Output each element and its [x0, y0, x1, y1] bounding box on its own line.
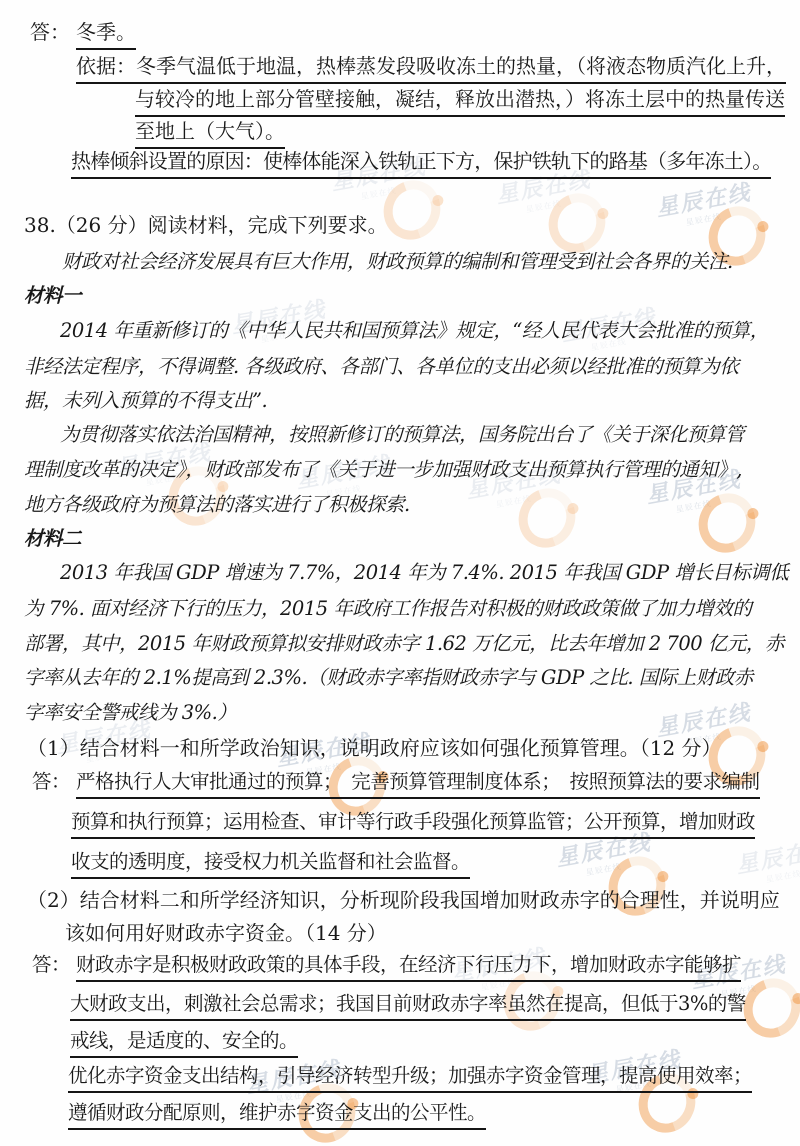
q1-answer-line-1: 答：严格执行人大审批通过的预算； 完善预算管理制度体系； 按照预算法的要求编制 [32, 770, 760, 794]
q2-answer-line-5: 遵循财政分配原则，维护赤字资金支出的公平性。 [68, 1101, 486, 1125]
material-1-line-1: 2014 年重新修订的《中华人民共和国预算法》规定，“经人民代表大会批准的预算， [60, 319, 769, 343]
material-2-line-3: 部署，其中，2015 年财政预算拟安排财政赤字 1.62 万亿元，比去年增加 2… [24, 632, 784, 656]
star-swirl-logo-icon [509, 479, 585, 557]
watermark-subtext: 星辰在线 [585, 845, 715, 878]
material-1-line-3: 据，未列入预算的不得支出”. [24, 389, 267, 413]
material-2-line-2: 为 7%. 面对经济下行的压力，2015 年政府工作报告对积极的财政政策做了加力… [24, 597, 751, 621]
question-38-heading: 38.（26 分）阅读材料，完成下列要求。 [24, 213, 388, 238]
exam-answer-page: 星辰在线星辰在线 星辰在线星辰在线 星辰在线星辰在线 星辰在线星辰在线 星辰在线… [0, 0, 800, 1146]
watermark-subtext: 星辰在线 [525, 182, 655, 215]
watermark-subtext: 星辰在线 [765, 852, 800, 885]
q2-answer-line-3: 戒线，是适度的、安全的。 [70, 1029, 298, 1053]
q1-answer-line-3: 收支的透明度，接受权力机关监督和社会监督。 [71, 850, 470, 874]
q2-answer-line-2: 大财政支出，刺激社会总需求；我国目前财政赤字率虽然在提高，但低于3%的警 [70, 992, 746, 1016]
material-1-line-6: 地方各级政府为预算法的落实进行了积极探索. [24, 493, 410, 517]
sub-question-2-line-1: （2）结合材料二和所学经济知识，分析现阶段我国增加财政赤字的合理性，并说明应 [27, 888, 780, 913]
material-2-title: 材料二 [24, 527, 81, 551]
watermark-unit: 星辰在线星辰在线 [495, 165, 655, 261]
watermark-unit: 星辰在线星辰在线 [560, 303, 720, 399]
question-38-intro: 财政对社会经济发展具有巨大作用，财政预算的编制和管理受到社会各界的关注. [62, 250, 733, 274]
material-2-line-5: 字率安全警戒线为 3%.） [24, 701, 236, 725]
q2-answer-line-1: 答：财政赤字是积极财政政策的具体手段，在经济下行压力下，增加财政赤字能够扩 [32, 953, 741, 977]
q2-answer-line-4: 优化赤字资金支出结构，引导经济转型升级；加强赤字资金管理，提高使用效率； [68, 1064, 752, 1088]
answer-label: 答： [32, 770, 76, 793]
material-1-line-5: 理制度改革的决定》，财政部发布了《关于进一步加强财政支出预算执行管理的通知》, [24, 458, 742, 482]
geo-basis-line-3: 至地上（大气）。 [135, 119, 285, 144]
answer-label: 答： [32, 953, 76, 976]
watermark-subtext: 星辰在线 [675, 482, 800, 515]
material-1-title: 材料一 [24, 284, 81, 308]
material-1-line-2: 非经法定程序，不得调整. 各级政府、各部门、各单位的支出必须以经批准的预算为依 [24, 355, 738, 379]
star-swirl-logo-icon [689, 484, 765, 562]
material-1-line-4: 为贯彻落实依法治国精神，按照新修订的预算法，国务院出台了《关于深化预算管 [60, 423, 744, 447]
watermark-subtext: 星辰在线 [685, 195, 800, 228]
geo-tilt-reason-line: 热棒倾斜设置的原因：使棒体能深入铁轨正下方，保护铁轨下的路基（多年冻土）。 [71, 149, 771, 174]
sub-question-2-line-2: 该如何用好财政赤字资金。（14 分） [65, 921, 387, 946]
geo-basis-line-1: 依据：冬季气温低于地温，热棒蒸发段吸收冻土的热量，（将液态物质汽化上升， [76, 54, 786, 79]
watermark-unit: 星辰在线星辰在线 [735, 835, 800, 931]
geo-answer-season: 冬季。 [76, 20, 136, 50]
watermark-unit: 星辰在线星辰在线 [115, 438, 275, 534]
watermark-unit: 星辰在线星辰在线 [585, 1045, 745, 1141]
material-2-line-4: 字率从去年的 2.1%提高到 2.3%.（财政赤字率指财政赤字与 GDP 之比.… [24, 666, 753, 690]
answer-label: 答： [30, 20, 76, 44]
star-swirl-logo-icon [599, 847, 675, 925]
material-2-line-1: 2013 年我国 GDP 增速为 7.7%，2014 年为 7.4%. 2015… [60, 561, 788, 585]
sub-question-1: （1）结合材料一和所学政治知识，说明政府应该如何强化预算管理。（12 分） [27, 736, 722, 761]
geo-basis-line-2: 与较冷的地上部分管壁接触，凝结，释放出潜热，）将冻土层中的热量传送 [135, 87, 785, 112]
q1-answer-line-2: 预算和执行预算；运用检查、审计等行政手段强化预算监管；公开预算，增加财政 [71, 810, 755, 834]
watermark-brand-text: 星辰在线 [654, 684, 800, 742]
geo-answer-line: 答：冬季。 [30, 20, 136, 45]
